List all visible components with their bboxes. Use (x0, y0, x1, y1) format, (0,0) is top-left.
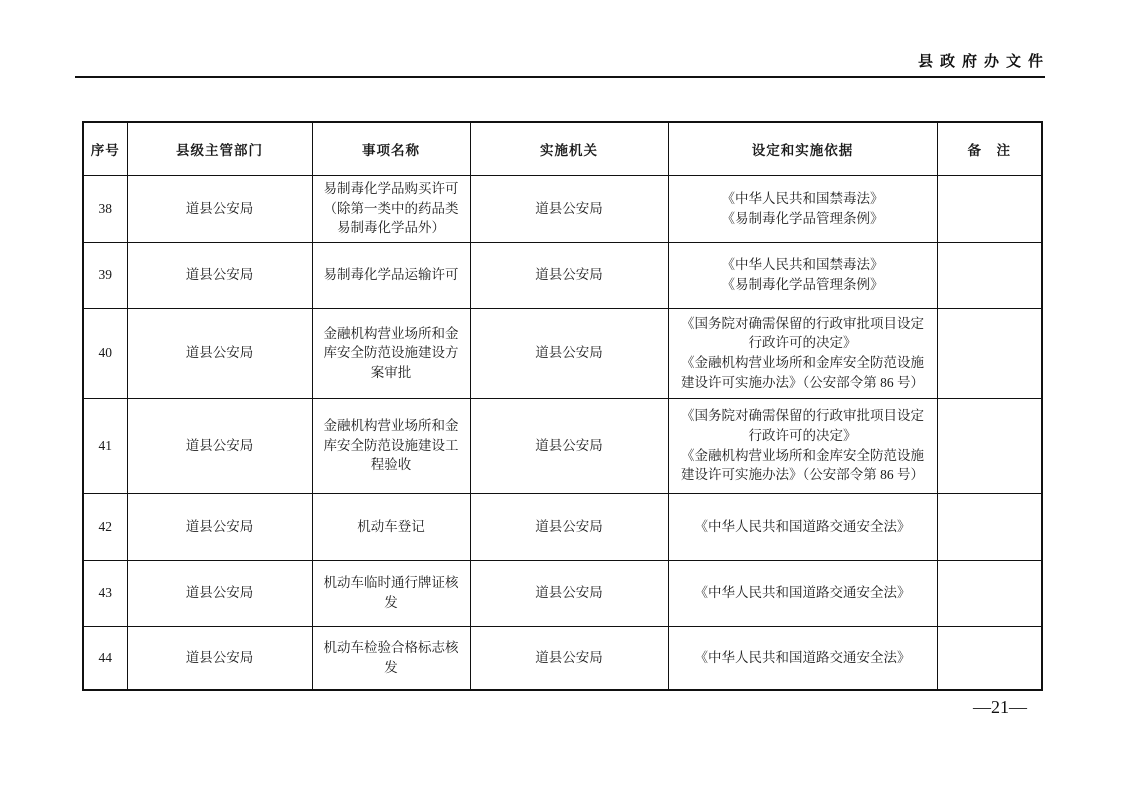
cell-authority: 道县公安局 (470, 398, 668, 493)
table-row: 44道县公安局机动车检验合格标志核 发道县公安局《中华人民共和国道路交通安全法》 (83, 626, 1042, 690)
cell-dept: 道县公安局 (127, 626, 312, 690)
approval-items-table: 序号县级主管部门事项名称实施机关设定和实施依据备 注 38道县公安局易制毒化学品… (82, 121, 1043, 691)
cell-no: 44 (83, 626, 127, 690)
cell-note (937, 560, 1042, 626)
table-row: 40道县公安局金融机构营业场所和金 库安全防范设施建设方 案审批道县公安局《国务… (83, 308, 1042, 398)
cell-authority: 道县公安局 (470, 493, 668, 560)
page-number: —21— (973, 697, 1027, 718)
column-header: 实施机关 (470, 122, 668, 175)
cell-note (937, 398, 1042, 493)
cell-dept: 道县公安局 (127, 398, 312, 493)
table-row: 42道县公安局机动车登记道县公安局《中华人民共和国道路交通安全法》 (83, 493, 1042, 560)
cell-authority: 道县公安局 (470, 242, 668, 308)
table-body: 38道县公安局易制毒化学品购买许可 （除第一类中的药品类 易制毒化学品外）道县公… (83, 175, 1042, 690)
cell-dept: 道县公安局 (127, 242, 312, 308)
cell-no: 38 (83, 175, 127, 242)
cell-note (937, 242, 1042, 308)
cell-dept: 道县公安局 (127, 493, 312, 560)
document-header-title: 县政府办文件 (918, 53, 1050, 70)
cell-authority: 道县公安局 (470, 308, 668, 398)
cell-authority: 道县公安局 (470, 560, 668, 626)
cell-basis: 《国务院对确需保留的行政审批项目设定 行政许可的决定》 《金融机构营业场所和金库… (668, 308, 937, 398)
cell-note (937, 308, 1042, 398)
column-header: 备 注 (937, 122, 1042, 175)
table-row: 43道县公安局机动车临时通行牌证核 发道县公安局《中华人民共和国道路交通安全法》 (83, 560, 1042, 626)
cell-item: 金融机构营业场所和金 库安全防范设施建设方 案审批 (312, 308, 470, 398)
cell-no: 41 (83, 398, 127, 493)
table-row: 38道县公安局易制毒化学品购买许可 （除第一类中的药品类 易制毒化学品外）道县公… (83, 175, 1042, 242)
column-header: 事项名称 (312, 122, 470, 175)
cell-no: 42 (83, 493, 127, 560)
cell-basis: 《中华人民共和国道路交通安全法》 (668, 560, 937, 626)
cell-no: 39 (83, 242, 127, 308)
document-page: 县政府办文件 序号县级主管部门事项名称实施机关设定和实施依据备 注 38道县公安… (0, 0, 1122, 793)
column-header: 序号 (83, 122, 127, 175)
cell-note (937, 626, 1042, 690)
cell-dept: 道县公安局 (127, 560, 312, 626)
cell-item: 易制毒化学品运输许可 (312, 242, 470, 308)
cell-item: 金融机构营业场所和金 库安全防范设施建设工 程验收 (312, 398, 470, 493)
document-header: 县政府办文件 (75, 50, 1045, 78)
table-header-row: 序号县级主管部门事项名称实施机关设定和实施依据备 注 (83, 122, 1042, 175)
cell-basis: 《中华人民共和国道路交通安全法》 (668, 626, 937, 690)
cell-note (937, 175, 1042, 242)
cell-no: 43 (83, 560, 127, 626)
table-row: 41道县公安局金融机构营业场所和金 库安全防范设施建设工 程验收道县公安局《国务… (83, 398, 1042, 493)
cell-note (937, 493, 1042, 560)
column-header: 设定和实施依据 (668, 122, 937, 175)
table-row: 39道县公安局易制毒化学品运输许可道县公安局《中华人民共和国禁毒法》 《易制毒化… (83, 242, 1042, 308)
cell-dept: 道县公安局 (127, 308, 312, 398)
cell-dept: 道县公安局 (127, 175, 312, 242)
cell-basis: 《中华人民共和国禁毒法》 《易制毒化学品管理条例》 (668, 175, 937, 242)
column-header: 县级主管部门 (127, 122, 312, 175)
cell-item: 机动车检验合格标志核 发 (312, 626, 470, 690)
cell-basis: 《国务院对确需保留的行政审批项目设定 行政许可的决定》 《金融机构营业场所和金库… (668, 398, 937, 493)
cell-basis: 《中华人民共和国道路交通安全法》 (668, 493, 937, 560)
cell-authority: 道县公安局 (470, 175, 668, 242)
cell-authority: 道县公安局 (470, 626, 668, 690)
cell-item: 机动车登记 (312, 493, 470, 560)
cell-item: 机动车临时通行牌证核 发 (312, 560, 470, 626)
cell-basis: 《中华人民共和国禁毒法》 《易制毒化学品管理条例》 (668, 242, 937, 308)
cell-no: 40 (83, 308, 127, 398)
cell-item: 易制毒化学品购买许可 （除第一类中的药品类 易制毒化学品外） (312, 175, 470, 242)
